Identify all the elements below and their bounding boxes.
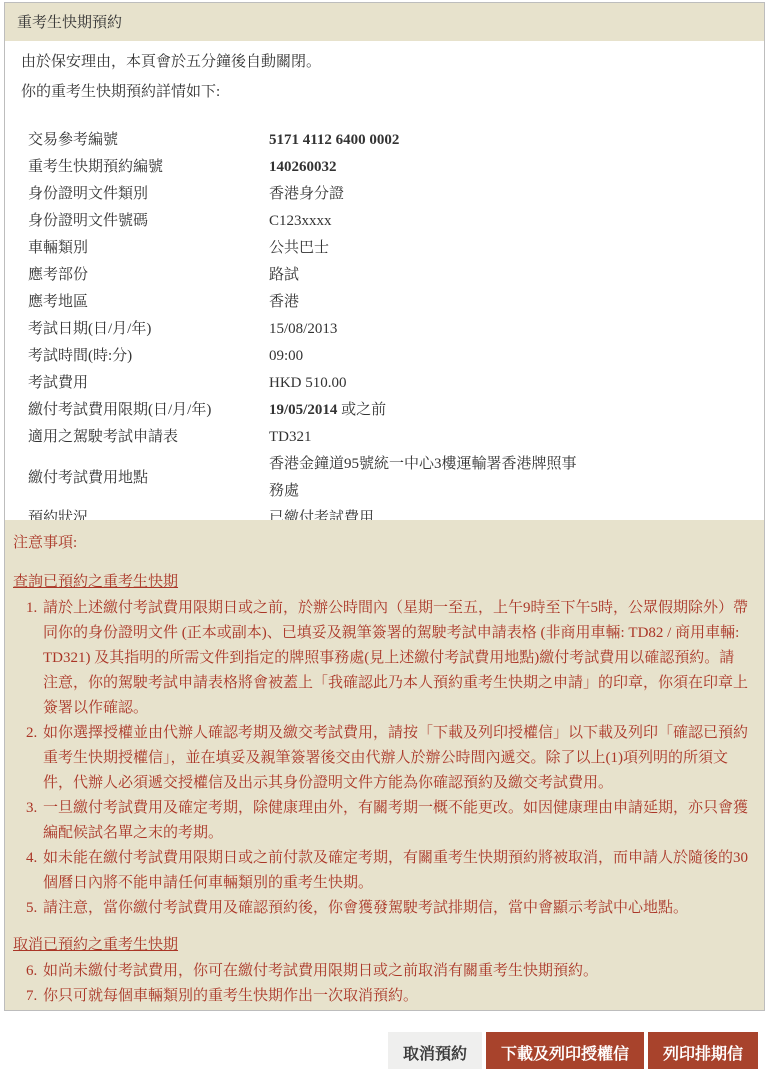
detail-row: 應考地區香港 [28, 289, 577, 316]
detail-value: 15/08/2013 [269, 316, 577, 343]
note-item: 請於上述繳付考試費用限期日或之前，於辦公時間內（星期一至五，上午9時至下午5時，… [41, 596, 748, 721]
detail-value: 香港 [269, 289, 577, 316]
detail-row: 預約狀況已繳付考試費用 [28, 505, 577, 520]
detail-label: 重考生快期預約編號 [28, 154, 269, 181]
note-list: 請於上述繳付考試費用限期日或之前，於辦公時間內（星期一至五，上午9時至下午5時，… [13, 596, 748, 921]
detail-value: 香港金鐘道95號統一中心3樓運輸署香港牌照事務處 [269, 451, 577, 505]
detail-row: 繳付考試費用限期(日/月/年)19/05/2014 或之前 [28, 397, 577, 424]
print-schedule-letter-button[interactable]: 列印排期信 [648, 1032, 758, 1069]
note-item: 一旦繳付考試費用及確定考期，除健康理由外，有關考期一概不能更改。如因健康理由申請… [41, 796, 748, 846]
detail-row: 重考生快期預約編號140260032 [28, 154, 577, 181]
detail-label: 應考部份 [28, 262, 269, 289]
download-print-authorization-button[interactable]: 下載及列印授權信 [486, 1032, 644, 1069]
detail-value: 公共巴士 [269, 235, 577, 262]
detail-row: 繳付考試費用地點香港金鐘道95號統一中心3樓運輸署香港牌照事務處 [28, 451, 577, 505]
details-intro: 你的重考生快期預約詳情如下: [21, 79, 748, 105]
detail-label: 考試時間(時:分) [28, 343, 269, 370]
detail-value: 140260032 [269, 154, 577, 181]
notes-content: 查詢已預約之重考生快期請於上述繳付考試費用限期日或之前，於辦公時間內（星期一至五… [13, 570, 748, 1010]
detail-value: 19/05/2014 或之前 [269, 397, 577, 424]
detail-row: 考試日期(日/月/年)15/08/2013 [28, 316, 577, 343]
detail-label: 交易參考編號 [28, 127, 269, 154]
detail-row: 應考部份路試 [28, 262, 577, 289]
notes-section-title: 查詢已預約之重考生快期 [13, 570, 748, 594]
notes-section-title: 取消已預約之重考生快期 [13, 933, 748, 957]
note-item: 如你選擇授權並由代辦人確認考期及繳交考試費用，請按「下載及列印授權信」以下載及列… [41, 721, 748, 796]
note-item: 你只可就每個車輛類別的重考生快期作出一次取消預約。 [41, 984, 748, 1009]
detail-value: TD321 [269, 424, 577, 451]
detail-value: 09:00 [269, 343, 577, 370]
detail-label: 考試費用 [28, 370, 269, 397]
cancel-booking-button[interactable]: 取消預約 [388, 1032, 482, 1069]
auto-close-notice: 由於保安理由，本頁會於五分鐘後自動關閉。 [21, 49, 748, 75]
page: 重考生快期預約 由於保安理由，本頁會於五分鐘後自動關閉。 你的重考生快期預約詳情… [0, 2, 770, 1069]
detail-label: 車輛類別 [28, 235, 269, 262]
detail-label: 繳付考試費用地點 [28, 451, 269, 505]
detail-label: 考試日期(日/月/年) [28, 316, 269, 343]
notes-heading: 注意事項: [13, 531, 748, 555]
detail-row: 身份證明文件類別香港身分證 [28, 181, 577, 208]
detail-row: 交易參考編號5171 4112 6400 0002 [28, 127, 577, 154]
detail-label: 預約狀況 [28, 505, 269, 520]
detail-value: C123xxxx [269, 208, 577, 235]
detail-row: 適用之駕駛考試申請表TD321 [28, 424, 577, 451]
detail-value: 香港身分證 [269, 181, 577, 208]
detail-label: 適用之駕駛考試申請表 [28, 424, 269, 451]
detail-row: 車輛類別公共巴士 [28, 235, 577, 262]
note-item: 所有重考生快期預約，一經取消便不能索回。 [41, 1009, 748, 1010]
booking-details-section: 由於保安理由，本頁會於五分鐘後自動關閉。 你的重考生快期預約詳情如下: 交易參考… [5, 41, 764, 520]
detail-label: 應考地區 [28, 289, 269, 316]
note-item: 如未能在繳付考試費用限期日或之前付款及確定考期，有關重考生快期預約將被取消，而申… [41, 846, 748, 896]
detail-value: 已繳付考試費用 [269, 505, 577, 520]
detail-row: 考試費用HKD 510.00 [28, 370, 577, 397]
booking-details-table: 交易參考編號5171 4112 6400 0002重考生快期預約編號140260… [28, 127, 577, 520]
note-list: 如尚未繳付考試費用，你可在繳付考試費用限期日或之前取消有關重考生快期預約。你只可… [13, 959, 748, 1010]
note-item: 請注意，當你繳付考試費用及確認預約後，你會獲發駕駛考試排期信，當中會顯示考試中心… [41, 896, 748, 921]
detail-label: 身份證明文件類別 [28, 181, 269, 208]
detail-value: HKD 510.00 [269, 370, 577, 397]
action-bar: 取消預約 下載及列印授權信 列印排期信 [0, 1011, 770, 1069]
detail-label: 繳付考試費用限期(日/月/年) [28, 397, 269, 424]
detail-value: 5171 4112 6400 0002 [269, 127, 577, 154]
detail-row: 身份證明文件號碼C123xxxx [28, 208, 577, 235]
notes-section: 注意事項: 查詢已預約之重考生快期請於上述繳付考試費用限期日或之前，於辦公時間內… [5, 520, 764, 1010]
booking-confirmation-panel: 重考生快期預約 由於保安理由，本頁會於五分鐘後自動關閉。 你的重考生快期預約詳情… [4, 2, 765, 1011]
detail-label: 身份證明文件號碼 [28, 208, 269, 235]
detail-row: 考試時間(時:分)09:00 [28, 343, 577, 370]
page-title: 重考生快期預約 [5, 3, 764, 41]
note-item: 如尚未繳付考試費用，你可在繳付考試費用限期日或之前取消有關重考生快期預約。 [41, 959, 748, 984]
detail-value: 路試 [269, 262, 577, 289]
